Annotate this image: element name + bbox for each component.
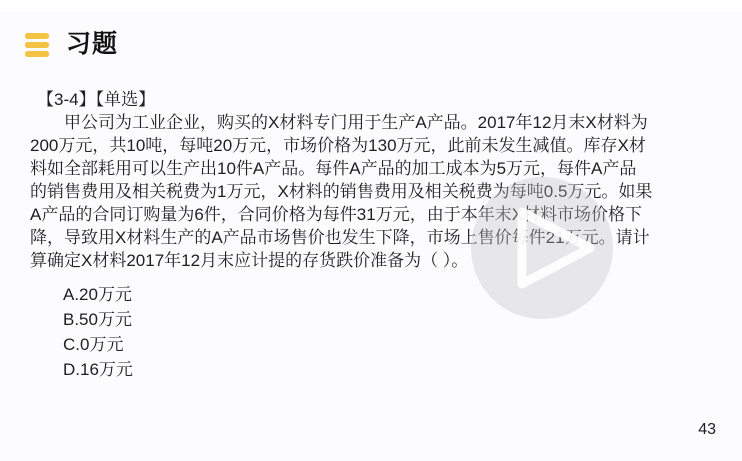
options-list: A.20万元B.50万元C.0万元D.16万元 [63,282,730,382]
page-title: 习题 [66,31,118,57]
option-item: D.16万元 [63,357,730,382]
question-line: 算确定X材料2017年12月末应计提的存货跌价准备为（ ）。 [30,249,730,272]
header: 习题 [25,31,118,57]
question-line: 的销售费用及相关税费为1万元，X材料的销售费用及相关税费为每吨0.5万元。如果 [30,180,730,203]
question-line: 料如全部耗用可以生产出10件A产品。每件A产品的加工成本为5万元，每件A产品 [30,157,730,180]
hamburger-icon [25,31,49,57]
option-item: A.20万元 [63,282,730,307]
option-item: C.0万元 [63,332,730,357]
question-line: 200万元，共10吨，每吨20万元，市场价格为130万元，此前未发生减值。库存X… [30,134,730,157]
question-text: 甲公司为工业企业，购买的X材料专门用于生产A产品。2017年12月末X材料为20… [30,111,730,272]
question-block: 【3-4】【单选】 甲公司为工业企业，购买的X材料专门用于生产A产品。2017年… [30,88,730,382]
question-line: 降，导致用X材料生产的A产品市场售价也发生下降，市场上售价每件21万元。请计 [30,226,730,249]
top-strip [0,0,742,12]
page-number: 43 [698,421,716,439]
option-item: B.50万元 [63,307,730,332]
question-line: 甲公司为工业企业，购买的X材料专门用于生产A产品。2017年12月末X材料为 [30,111,730,134]
question-line: A产品的合同订购量为6件，合同价格为每件31万元，由于本年末X材料市场价格下 [30,203,730,226]
question-tag: 【3-4】【单选】 [37,88,730,111]
slide: 习题 【3-4】【单选】 甲公司为工业企业，购买的X材料专门用于生产A产品。20… [0,0,742,461]
